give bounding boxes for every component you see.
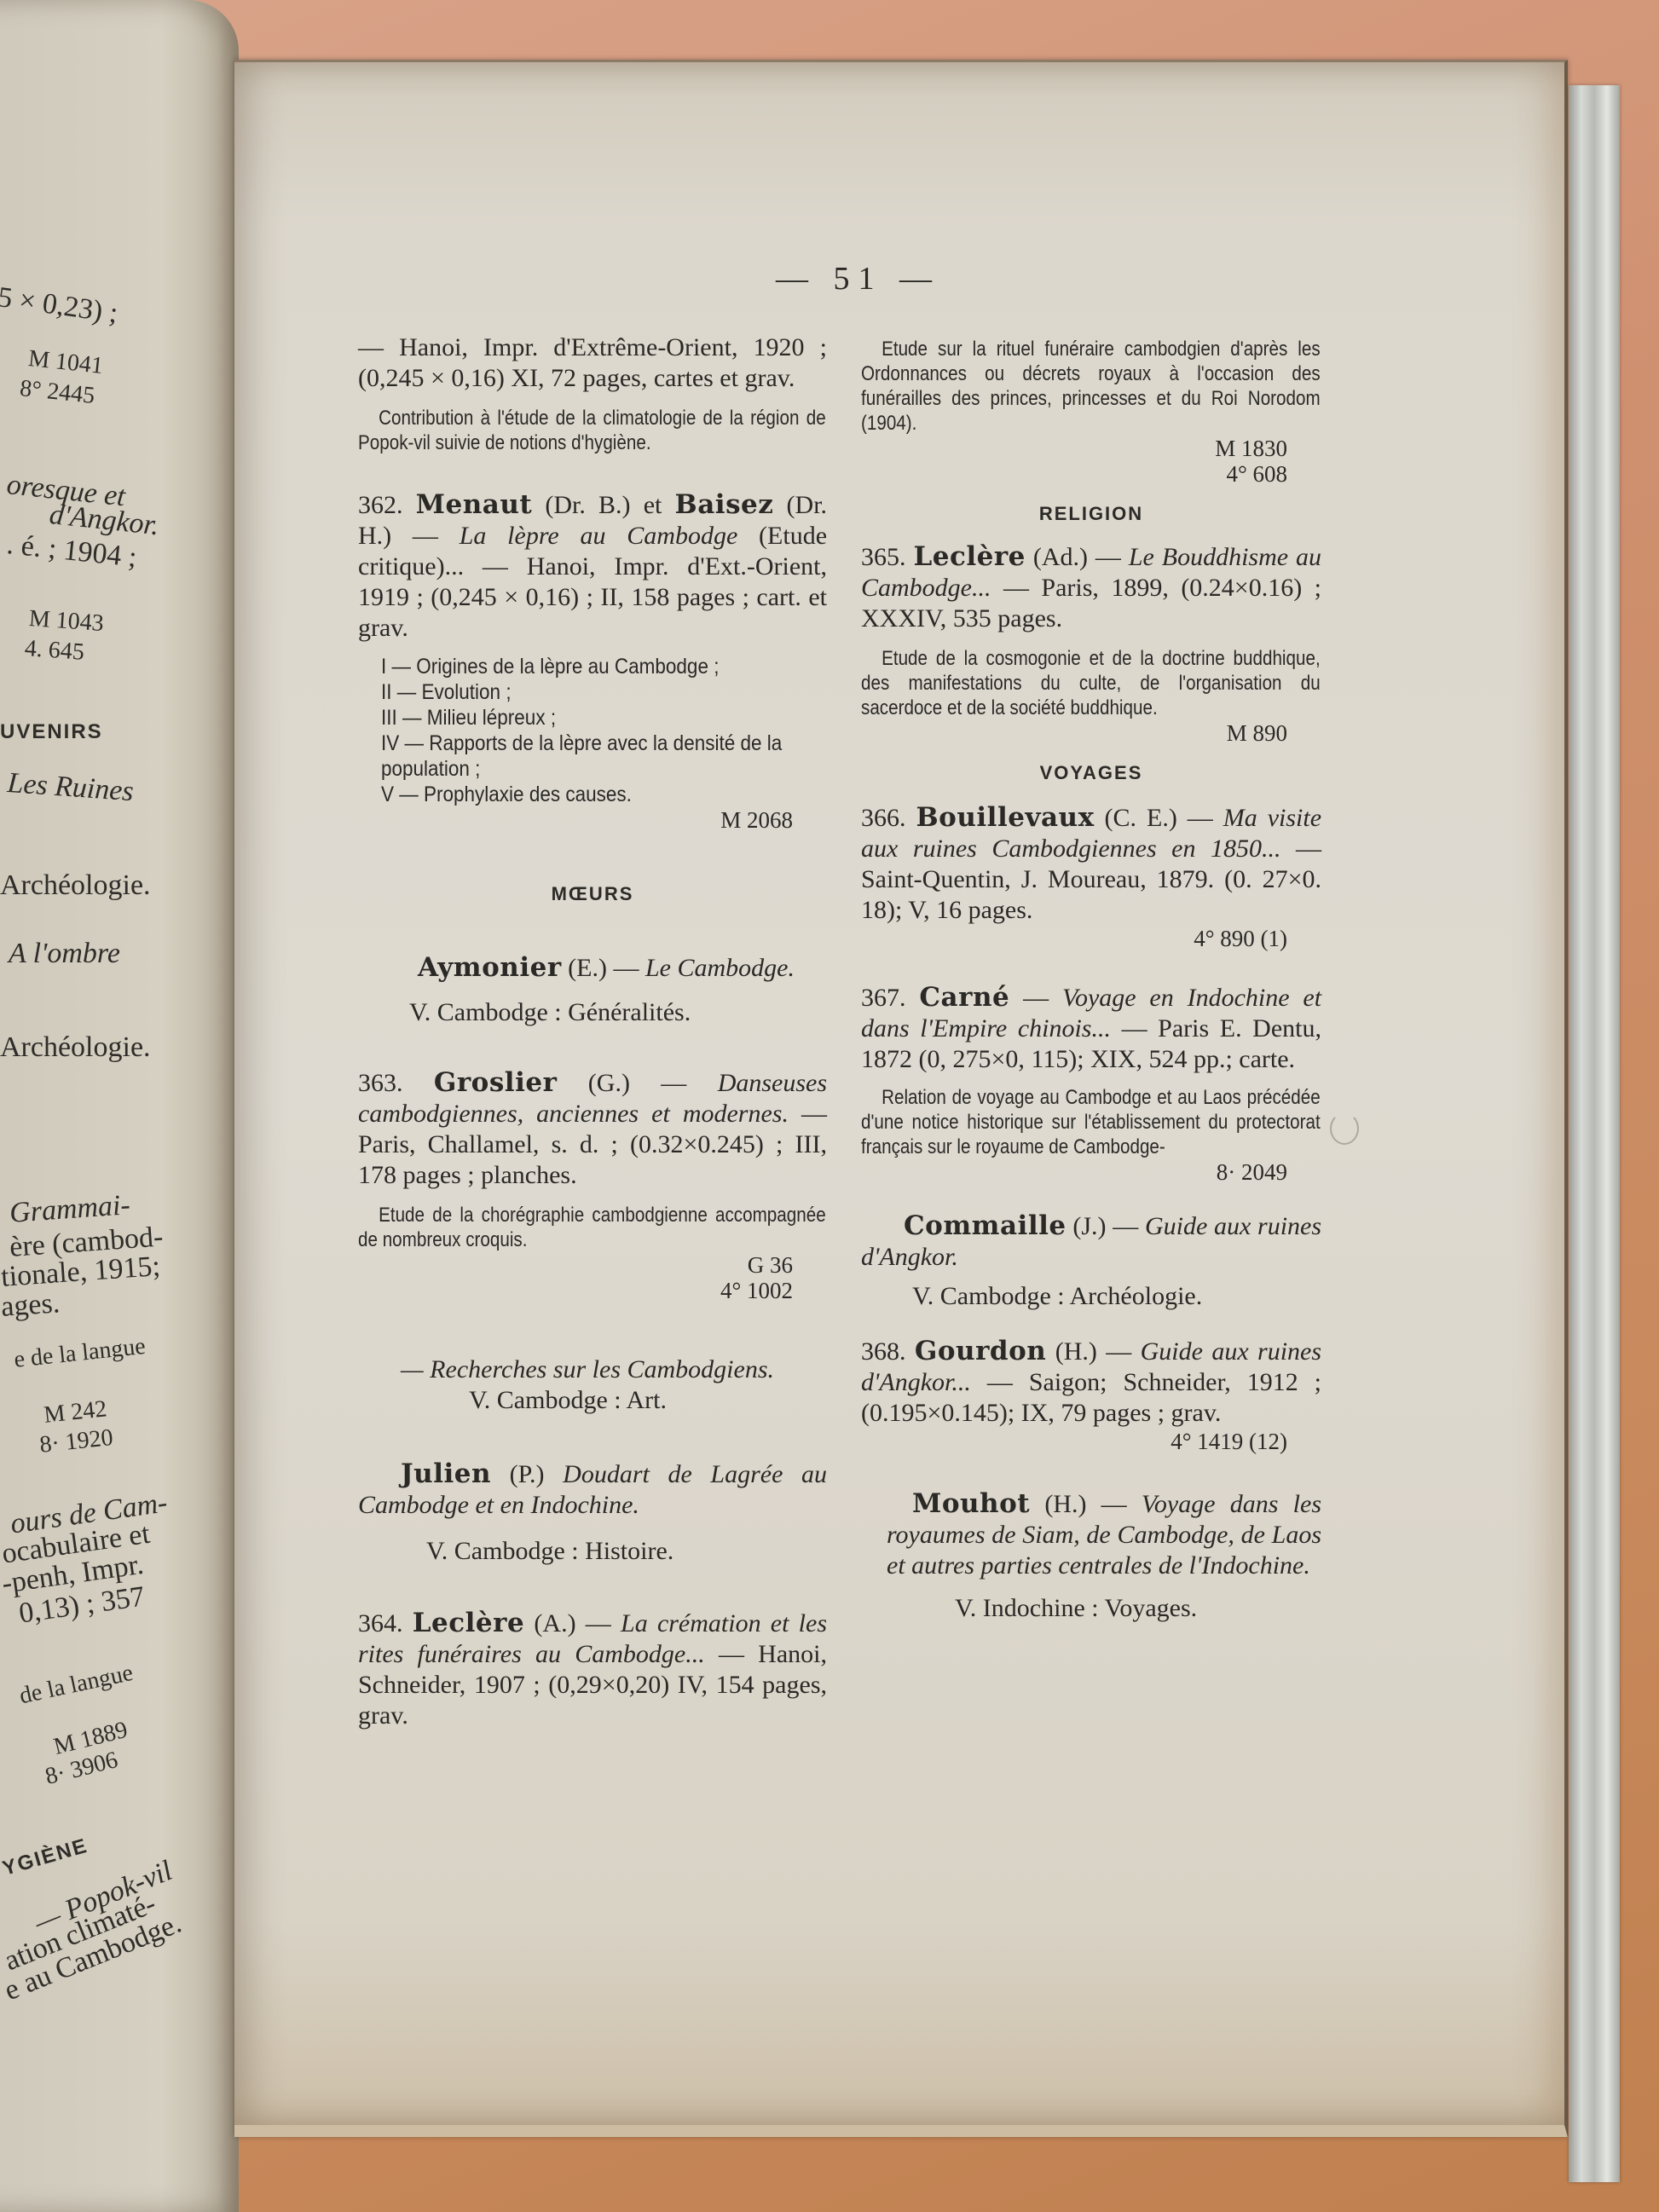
binding-tape [1569, 85, 1620, 2182]
entry-author: Bouillevaux [916, 802, 1094, 833]
entry-description: Contribution à l'étude de la climatologi… [358, 406, 826, 455]
entry-initials: (E.) — [568, 954, 639, 982]
entry-number: 364. [358, 1609, 403, 1637]
shelf-mark: 4° 1419 (12) [861, 1429, 1321, 1454]
see-reference: V. Cambodge : Histoire. [375, 1536, 827, 1567]
left-page-text-fragment: YGIÈNE [0, 1834, 90, 1881]
shelf-mark: M 2068 [358, 807, 827, 833]
left-page-text-fragment: e de la langue [13, 1333, 147, 1374]
shelf-mark: 4° 890 (1) [861, 926, 1321, 951]
entry-recherches: — Recherches sur les Cambodgiens. [358, 1354, 827, 1385]
left-column: — Hanoi, Impr. d'Extrême-Orient, 1920 ; … [358, 332, 827, 1731]
left-page-text-fragment: Archéologie. [0, 1031, 151, 1064]
left-page: 5 × 0,23) ;M 10418° 2445oresque etd'Angk… [0, 0, 239, 2212]
entry-continuation-text: — Hanoi, Impr. d'Extrême-Orient, 1920 ; … [358, 332, 827, 394]
entry-author: Menaut [416, 489, 533, 520]
entry-author: Leclère [413, 1608, 524, 1638]
shelf-mark: M 1830 [861, 436, 1321, 461]
shelf-mark: 4° 608 [861, 461, 1321, 487]
see-reference: V. Cambodge : Généralités. [358, 997, 827, 1028]
entry-365: 365. Leclère (Ad.) — Le Bouddhisme au Ca… [861, 541, 1321, 746]
entry-initials: (H.) — [1055, 1337, 1132, 1366]
left-page-text-fragment: 5 × 0,23) ; [0, 281, 120, 330]
toc-item: V — Prophylaxie des causes. [381, 782, 849, 807]
entry-description: Relation de voyage au Cambodge et au Lao… [861, 1085, 1321, 1159]
entry-initials: (Dr. B.) et [545, 491, 662, 519]
entry-number: 368. [861, 1337, 906, 1366]
section-heading-religion: RELIGION [861, 499, 1321, 529]
table-of-contents: I — Origines de la lèpre au Cambodge ; I… [358, 654, 849, 807]
entry-author: Groslier [434, 1067, 558, 1098]
entry-author: Baisez [675, 489, 774, 520]
right-column: Etude sur la rituel funéraire cambodgien… [861, 337, 1321, 1624]
entry-number: 363. [358, 1069, 403, 1097]
toc-item: I — Origines de la lèpre au Cambodge ; [381, 654, 849, 679]
section-heading-moeurs: MŒURS [358, 879, 827, 910]
entry-initials: (Ad.) — [1033, 543, 1121, 571]
entry-author: Carné [919, 982, 1009, 1013]
shelf-mark: M 890 [861, 720, 1321, 746]
left-page-text-fragment: UVENIRS [0, 720, 103, 744]
entry-initials: (A.) — [534, 1609, 610, 1637]
entry-author: Gourdon [915, 1336, 1046, 1366]
pencil-mark [1330, 1112, 1359, 1145]
entry-368: 368. Gourdon (H.) — Guide aux ruines d'A… [861, 1336, 1321, 1454]
entry-number: 367. [861, 984, 906, 1012]
entry-description: Etude de la chorégraphie cambodgienne ac… [358, 1203, 826, 1252]
see-reference: V. Cambodge : Art. [418, 1385, 827, 1416]
left-page-text-fragment: M 1043 [28, 605, 105, 638]
entry-title: — Recherches sur les Cambodgiens. [358, 1354, 827, 1385]
entry-title: La lèpre au Cambodge [460, 522, 738, 550]
entry-author: Julien [401, 1458, 491, 1489]
entry-number: 365. [861, 543, 906, 571]
entry-initials: (P.) [510, 1460, 545, 1488]
left-page-text-fragment: 8° 2445 [19, 375, 96, 410]
shelf-mark: 4° 1002 [358, 1278, 827, 1303]
left-page-text-fragment: M 242 [43, 1395, 108, 1429]
shelf-mark: G 36 [358, 1252, 827, 1278]
page-number: — 51 — [776, 260, 940, 297]
left-page-text-fragment: Archéologie. [0, 869, 151, 902]
entry-number: 362. [358, 491, 403, 519]
left-page-text-fragment: A l'ombre [9, 938, 120, 970]
entry-author: Aymonier [418, 952, 562, 983]
left-page-text-fragment: 8· 1920 [38, 1424, 114, 1459]
entry-364: 364. Leclère (A.) — La crémation et les … [358, 1608, 827, 1731]
entry-description: Etude sur la rituel funéraire cambodgien… [861, 337, 1321, 436]
entry-363: 363. Groslier (G.) — Danseuses cambodgie… [358, 1067, 827, 1303]
entry-author: Commaille [904, 1210, 1066, 1241]
entry-author: Leclère [913, 541, 1025, 572]
left-page-text-fragment: de la langue [17, 1660, 136, 1710]
entry-author: Mouhot [912, 1488, 1030, 1519]
entry-continuation: — Hanoi, Impr. d'Extrême-Orient, 1920 ; … [358, 332, 827, 455]
left-page-text-fragment: ages. [0, 1287, 61, 1324]
see-reference: V. Indochine : Voyages. [904, 1593, 1321, 1624]
entry-366: 366. Bouillevaux (C. E.) — Ma visite aux… [861, 802, 1321, 951]
entry-initials: (C. E.) — [1105, 804, 1213, 832]
entry-commaille: Commaille (J.) — Guide aux ruines d'Angk… [861, 1210, 1321, 1273]
left-page-text-fragment: 4. 645 [24, 635, 85, 667]
see-reference: V. Cambodge : Archéologie. [861, 1281, 1321, 1312]
entry-initials: (G.) — [588, 1069, 687, 1097]
entry-title: Le Cambodge. [645, 954, 795, 982]
entry-mouhot: Mouhot (H.) — Voyage dans les royaumes d… [861, 1488, 1321, 1581]
entry-aymonier: Aymonier (E.) — Le Cambodge. [358, 952, 827, 984]
entry-initials: (J.) — [1072, 1212, 1138, 1240]
entry-description: Etude de la cosmogonie et de la doctrine… [861, 646, 1321, 720]
left-page-text-fragment: Les Ruines [6, 767, 135, 808]
entry-number: 366. [861, 804, 906, 832]
entry-367: 367. Carné — Voyage en Indochine et dans… [861, 982, 1321, 1185]
entry-julien: Julien (P.) Doudart de Lagrée au Cambodg… [358, 1458, 827, 1521]
toc-item: II — Evolution ; [381, 679, 849, 705]
toc-item: III — Milieu lépreux ; [381, 705, 849, 731]
left-page-text-fragment: M 1041 [27, 345, 105, 380]
toc-item: IV — Rapports de la lèpre avec la densit… [381, 731, 849, 782]
section-heading-voyages: VOYAGES [861, 758, 1321, 788]
entry-362: 362. Menaut (Dr. B.) et Baisez (Dr. H.) … [358, 489, 827, 833]
entry-initials: (H.) — [1044, 1490, 1126, 1518]
shelf-mark: 8· 2049 [861, 1159, 1321, 1185]
entry-initials: — [1023, 984, 1049, 1012]
